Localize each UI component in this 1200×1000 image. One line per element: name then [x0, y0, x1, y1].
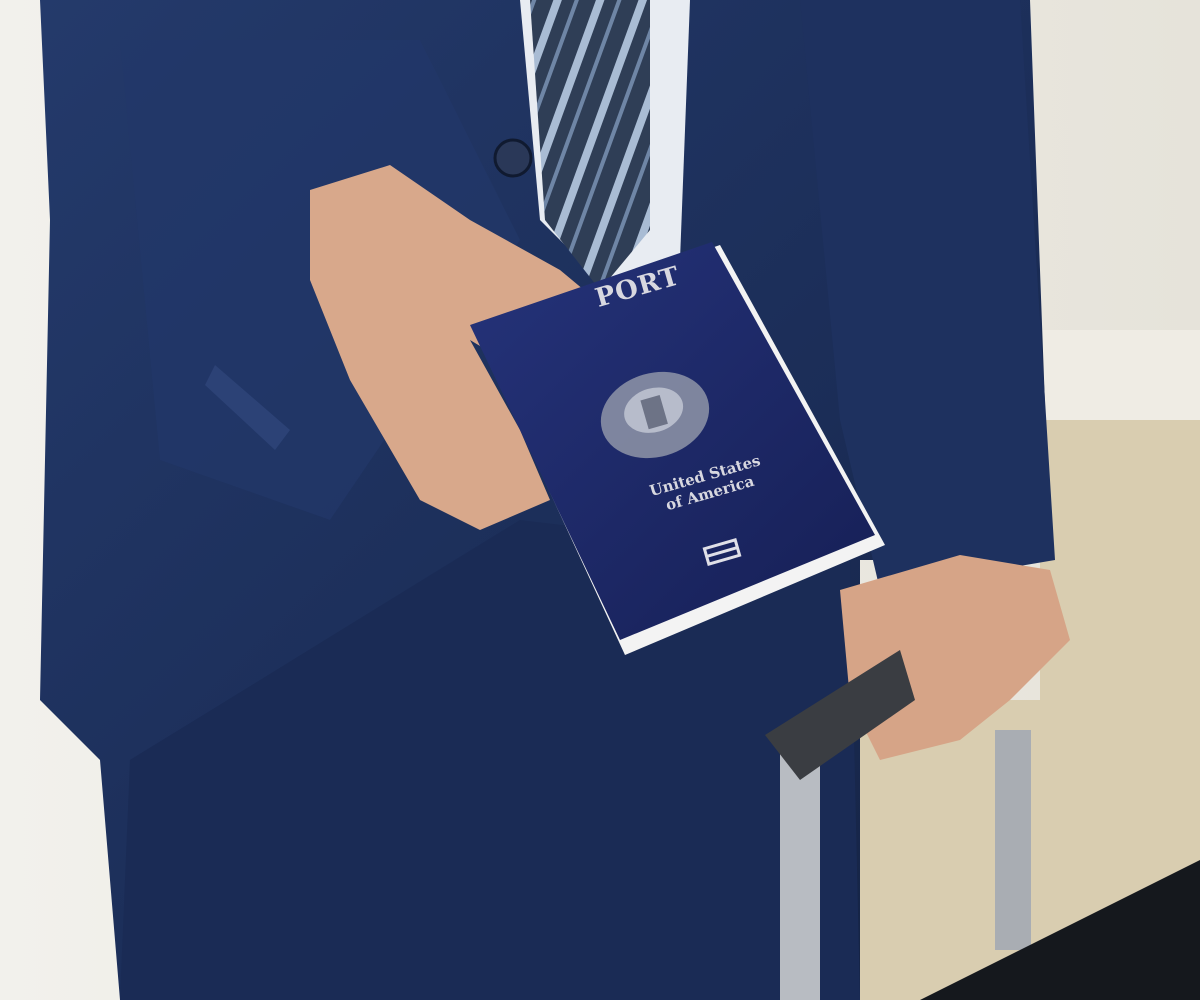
jacket-button: [495, 140, 531, 176]
photo-scene: PORT United States of America: [0, 0, 1200, 1000]
photo-illustration: [0, 0, 1200, 1000]
handle-bar-right: [995, 730, 1031, 950]
